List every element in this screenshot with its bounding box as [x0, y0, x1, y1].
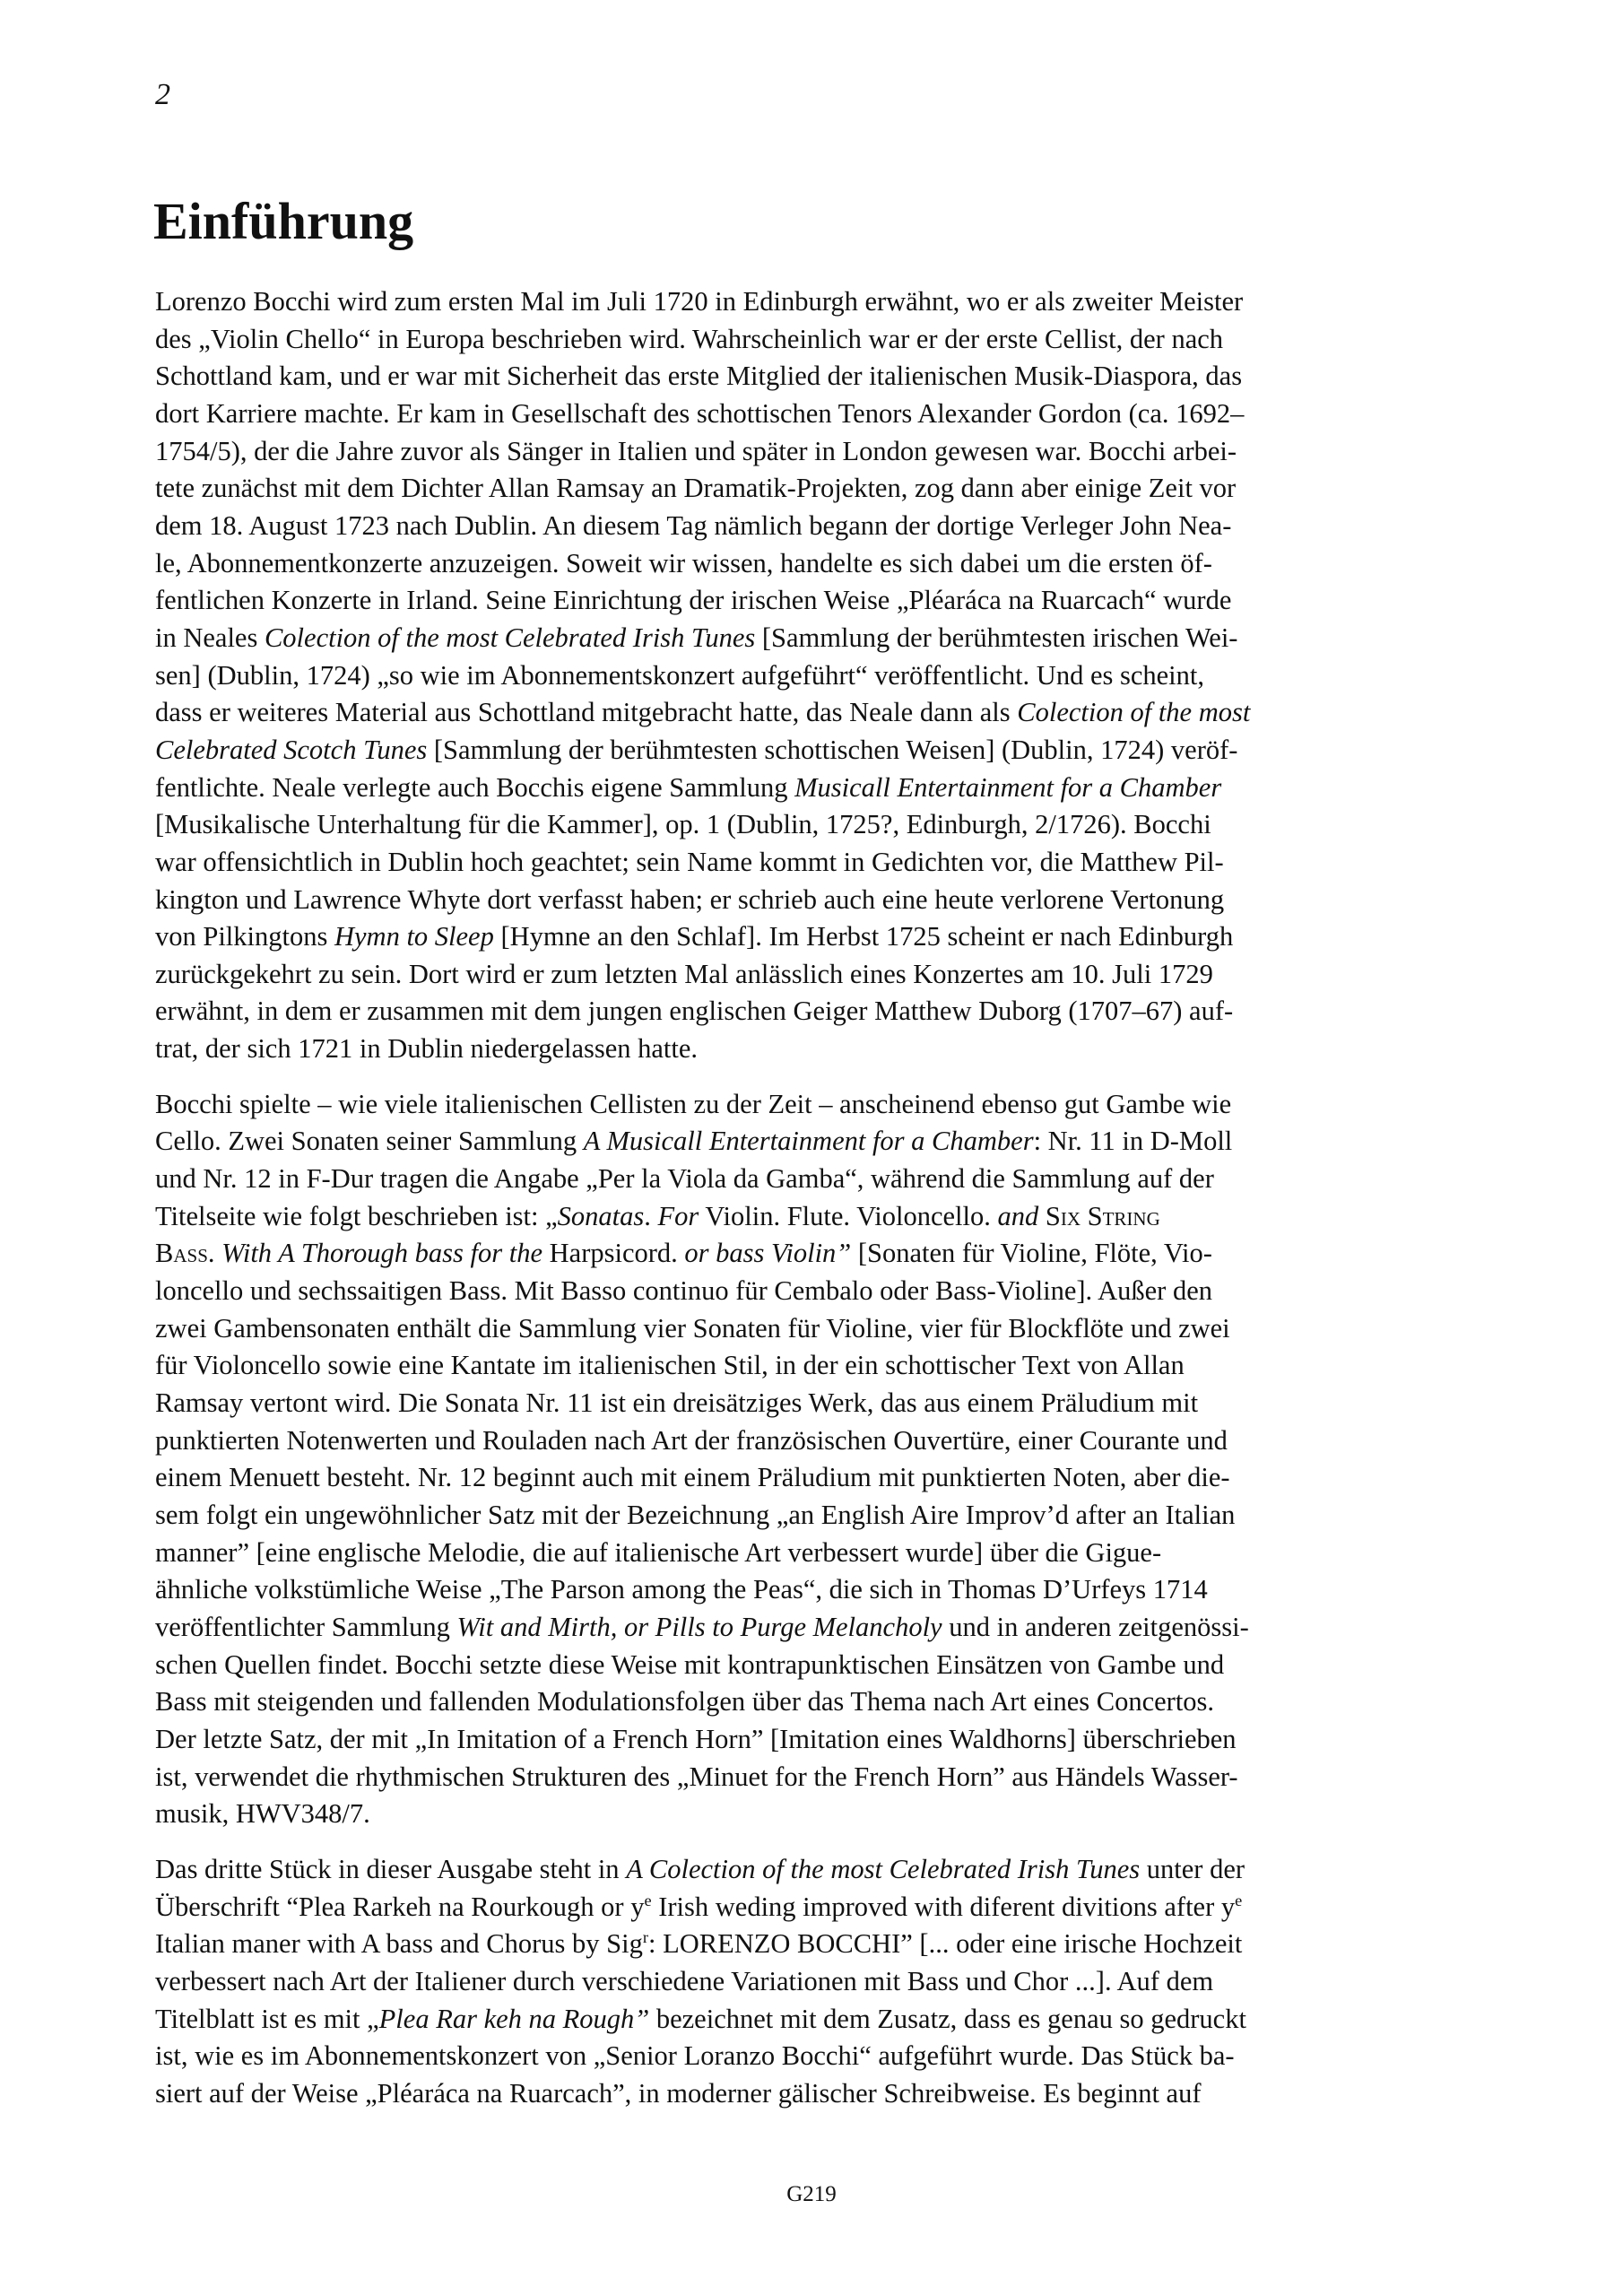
text-segment: Titelseite wie folgt beschrieben ist: „ [155, 1201, 558, 1231]
text-segment: le, Abonnementkonzerte anzuzeigen. Sowei… [155, 548, 1212, 578]
text-segment: manner” [eine englische Melodie, die auf… [155, 1537, 1161, 1568]
text-segment: einem Menuett besteht. Nr. 12 beginnt au… [155, 1462, 1230, 1492]
text-segment: Überschrift “Plea Rarkeh na Rourkough or… [155, 1892, 644, 1922]
text-line: ist, wie es im Abonnementskonzert von „S… [155, 2038, 1482, 2075]
text-segment: Lorenzo Bocchi wird zum ersten Mal im Ju… [155, 286, 1243, 317]
text-segment: . [644, 1201, 657, 1231]
italic-title: and [998, 1201, 1039, 1231]
text-segment: . [208, 1238, 221, 1268]
text-segment: Ramsay vertont wird. Die Sonata Nr. 11 i… [155, 1387, 1198, 1418]
text-line: sem folgt ein ungewöhnlicher Satz mit de… [155, 1497, 1482, 1535]
text-line: des „Violin Chello“ in Europa beschriebe… [155, 321, 1482, 359]
text-line: le, Abonnementkonzerte anzuzeigen. Sowei… [155, 545, 1482, 583]
text-segment: erwähnt, in dem er zusammen mit dem jung… [155, 996, 1233, 1026]
text-line: veröffentlichter Sammlung Wit and Mirth,… [155, 1609, 1482, 1647]
italic-title: Colection of the most Celebrated Irish T… [265, 622, 755, 653]
text-segment: dort Karriere machte. Er kam in Gesellsc… [155, 398, 1244, 429]
italic-title: Musicall Entertainment for a Chamber [794, 772, 1221, 803]
italic-title: With A Thorough bass for the [221, 1238, 542, 1268]
text-segment: [Sonaten für Violine, Flöte, Vio- [851, 1238, 1212, 1268]
text-line: Der letzte Satz, der mit „In Imitation o… [155, 1721, 1482, 1759]
paragraph-1: Lorenzo Bocchi wird zum ersten Mal im Ju… [155, 283, 1482, 1068]
text-line: für Violoncello sowie eine Kantate im it… [155, 1347, 1482, 1385]
text-line: war offensichtlich in Dublin hoch geacht… [155, 844, 1482, 882]
text-segment: des „Violin Chello“ in Europa beschriebe… [155, 324, 1223, 354]
text-line: Titelblatt ist es mit „Plea Rar keh na R… [155, 2001, 1482, 2039]
text-line: Bocchi spielte – wie viele italienischen… [155, 1086, 1482, 1124]
text-segment: bezeichnet mit dem Zusatz, dass es genau… [649, 2004, 1246, 2034]
text-line: siert auf der Weise „Pléaráca na Ruarcac… [155, 2075, 1482, 2113]
text-line: trat, der sich 1721 in Dublin niedergela… [155, 1031, 1482, 1068]
italic-title: Celebrated Scotch Tunes [155, 735, 427, 765]
paragraph-3: Das dritte Stück in dieser Ausgabe steht… [155, 1851, 1482, 2113]
italic-title: Sonatas [558, 1201, 645, 1231]
text-segment: Das dritte Stück in dieser Ausgabe steht… [155, 1854, 626, 1884]
body-text: Lorenzo Bocchi wird zum ersten Mal im Ju… [155, 283, 1482, 2113]
italic-title: A Colection of the most Celebrated Irish… [626, 1854, 1140, 1884]
italic-title: Hymn to Sleep [334, 921, 494, 952]
text-segment: schen Quellen findet. Bocchi setzte dies… [155, 1649, 1224, 1680]
paragraph-2: Bocchi spielte – wie viele italienischen… [155, 1086, 1482, 1833]
text-line: Bass. With A Thorough bass for the Harps… [155, 1235, 1482, 1273]
text-line: von Pilkingtons Hymn to Sleep [Hymne an … [155, 918, 1482, 956]
text-line: Überschrift “Plea Rarkeh na Rourkough or… [155, 1889, 1482, 1926]
italic-title: or bass Violin” [684, 1238, 851, 1268]
text-segment: dem 18. August 1723 nach Dublin. An dies… [155, 510, 1231, 541]
text-segment: tete zunächst mit dem Dichter Allan Rams… [155, 473, 1236, 503]
text-segment: Bocchi spielte – wie viele italienischen… [155, 1089, 1231, 1119]
text-line: verbessert nach Art der Italiener durch … [155, 1963, 1482, 2001]
text-segment: [Musikalische Unterhaltung für die Kamme… [155, 809, 1211, 839]
text-segment [1038, 1201, 1046, 1231]
text-segment: Cello. Zwei Sonaten seiner Sammlung [155, 1126, 584, 1156]
text-segment: trat, der sich 1721 in Dublin niedergela… [155, 1033, 698, 1064]
text-segment: Six String [1046, 1201, 1160, 1231]
text-segment: [Sammlung der berühmtesten irischen Wei- [755, 622, 1237, 653]
text-line: ist, verwendet die rhythmischen Struktur… [155, 1759, 1482, 1796]
text-segment: verbessert nach Art der Italiener durch … [155, 1966, 1213, 1996]
text-line: manner” [eine englische Melodie, die auf… [155, 1535, 1482, 1572]
text-line: dem 18. August 1723 nach Dublin. An dies… [155, 508, 1482, 545]
text-segment: Schottland kam, und er war mit Sicherhei… [155, 361, 1242, 391]
text-segment: für Violoncello sowie eine Kantate im it… [155, 1350, 1185, 1380]
text-segment: ist, verwendet die rhythmischen Struktur… [155, 1761, 1238, 1792]
text-segment: Harpsicord. [542, 1238, 684, 1268]
text-line: Bass mit steigenden und fallenden Modula… [155, 1683, 1482, 1721]
italic-title: For [658, 1201, 699, 1231]
page-title: Einführung [153, 190, 413, 253]
text-segment: Titelblatt ist es mit „ [155, 2004, 379, 2034]
text-segment: in Neales [155, 622, 265, 653]
text-line: Das dritte Stück in dieser Ausgabe steht… [155, 1851, 1482, 1889]
text-line: sen] (Dublin, 1724) „so wie im Abonnemen… [155, 657, 1482, 695]
text-line: Cello. Zwei Sonaten seiner Sammlung A Mu… [155, 1123, 1482, 1161]
text-segment: Violin. Flute. Violoncello. [699, 1201, 997, 1231]
text-line: Schottland kam, und er war mit Sicherhei… [155, 358, 1482, 396]
italic-title: Plea Rar keh na Rough” [379, 2004, 650, 2034]
text-line: Lorenzo Bocchi wird zum ersten Mal im Ju… [155, 283, 1482, 321]
text-segment: und in anderen zeitgenössi- [942, 1612, 1249, 1642]
text-line: schen Quellen findet. Bocchi setzte dies… [155, 1647, 1482, 1684]
text-line: fentlichen Konzerte in Irland. Seine Ein… [155, 582, 1482, 620]
text-line: zurückgekehrt zu sein. Dort wird er zum … [155, 956, 1482, 994]
text-segment: veröffentlichter Sammlung [155, 1612, 457, 1642]
italic-title: A Musicall Entertainment for a Chamber [584, 1126, 1034, 1156]
text-line: Ramsay vertont wird. Die Sonata Nr. 11 i… [155, 1385, 1482, 1422]
text-segment: Bass [155, 1238, 208, 1268]
text-line: dass er weiteres Material aus Schottland… [155, 694, 1482, 732]
text-segment: Der letzte Satz, der mit „In Imitation o… [155, 1724, 1237, 1754]
text-segment: siert auf der Weise „Pléaráca na Ruarcac… [155, 2078, 1202, 2109]
text-segment: sem folgt ein ungewöhnlicher Satz mit de… [155, 1500, 1235, 1530]
text-segment: dass er weiteres Material aus Schottland… [155, 697, 1017, 727]
italic-title: Wit and Mirth, or Pills to Purge Melanch… [457, 1612, 942, 1642]
text-segment: : LORENZO BOCCHI” [... oder eine irische… [648, 1928, 1242, 1959]
text-segment: Irish weding improved with diferent divi… [652, 1892, 1236, 1922]
text-line: fentlichte. Neale verlegte auch Bocchis … [155, 770, 1482, 807]
text-segment: kington und Lawrence Whyte dort verfasst… [155, 884, 1224, 915]
text-segment: Italian maner with A bass and Chorus by … [155, 1928, 643, 1959]
text-line: einem Menuett besteht. Nr. 12 beginnt au… [155, 1459, 1482, 1497]
superscript: e [1235, 1891, 1242, 1909]
text-segment: [Hymne an den Schlaf]. Im Herbst 1725 sc… [494, 921, 1233, 952]
text-segment: ähnliche volkstümliche Weise „The Parson… [155, 1574, 1208, 1605]
text-line: erwähnt, in dem er zusammen mit dem jung… [155, 993, 1482, 1031]
text-segment: : Nr. 11 in D-Moll [1034, 1126, 1233, 1156]
text-segment: Bass mit steigenden und fallenden Modula… [155, 1686, 1214, 1717]
text-segment: loncello und sechssaitigen Bass. Mit Bas… [155, 1275, 1212, 1306]
text-line: musik, HWV348/7. [155, 1796, 1482, 1833]
text-line: dort Karriere machte. Er kam in Gesellsc… [155, 396, 1482, 433]
text-segment: musik, HWV348/7. [155, 1798, 370, 1829]
text-line: kington und Lawrence Whyte dort verfasst… [155, 882, 1482, 919]
text-line: tete zunächst mit dem Dichter Allan Rams… [155, 470, 1482, 508]
text-segment: sen] (Dublin, 1724) „so wie im Abonnemen… [155, 660, 1204, 691]
text-segment: [Sammlung der berühmtesten schottischen … [427, 735, 1237, 765]
text-segment: war offensichtlich in Dublin hoch geacht… [155, 847, 1224, 877]
text-segment: zurückgekehrt zu sein. Dort wird er zum … [155, 959, 1213, 989]
text-segment: punktierten Notenwerten und Rouladen nac… [155, 1425, 1228, 1456]
text-line: loncello und sechssaitigen Bass. Mit Bas… [155, 1273, 1482, 1310]
text-line: [Musikalische Unterhaltung für die Kamme… [155, 806, 1482, 844]
text-segment: zwei Gambensonaten enthält die Sammlung … [155, 1313, 1230, 1344]
text-segment: von Pilkingtons [155, 921, 334, 952]
text-line: punktierten Notenwerten und Rouladen nac… [155, 1422, 1482, 1460]
text-line: und Nr. 12 in F-Dur tragen die Angabe „P… [155, 1161, 1482, 1198]
text-segment: unter der [1140, 1854, 1245, 1884]
italic-title: Colection of the most [1017, 697, 1250, 727]
text-line: Celebrated Scotch Tunes [Sammlung der be… [155, 732, 1482, 770]
text-line: ähnliche volkstümliche Weise „The Parson… [155, 1571, 1482, 1609]
text-segment: und Nr. 12 in F-Dur tragen die Angabe „P… [155, 1163, 1214, 1194]
text-segment: fentlichen Konzerte in Irland. Seine Ein… [155, 585, 1231, 615]
text-line: in Neales Colection of the most Celebrat… [155, 620, 1482, 657]
text-segment: 1754/5), der die Jahre zuvor als Sänger … [155, 436, 1237, 466]
text-line: 1754/5), der die Jahre zuvor als Sänger … [155, 433, 1482, 471]
page-number: 2 [155, 77, 170, 113]
text-line: Italian maner with A bass and Chorus by … [155, 1926, 1482, 1963]
superscript: e [644, 1891, 651, 1909]
text-segment: ist, wie es im Abonnementskonzert von „S… [155, 2040, 1235, 2071]
footer-code: G219 [0, 2181, 1623, 2208]
text-line: Titelseite wie folgt beschrieben ist: „S… [155, 1198, 1482, 1236]
text-segment: fentlichte. Neale verlegte auch Bocchis … [155, 772, 794, 803]
text-line: zwei Gambensonaten enthält die Sammlung … [155, 1310, 1482, 1348]
